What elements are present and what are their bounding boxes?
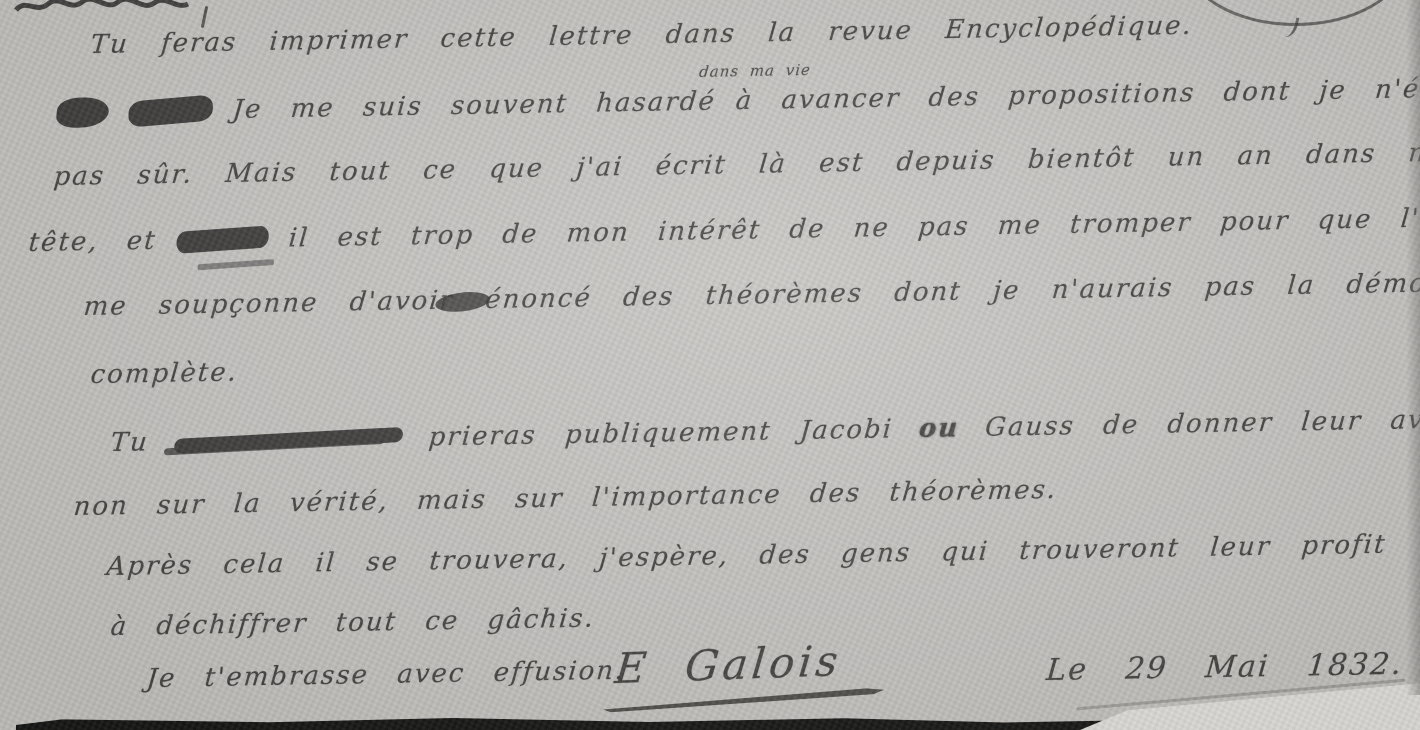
line-2-text-b: à avancer des propositions dont je n'éta… [734, 73, 1420, 116]
struck-word-icon [176, 225, 269, 253]
line-10-text: à déchiffrer tout ce gâchis. [109, 604, 596, 643]
line-4-text-a: tête, et [27, 226, 158, 258]
closing-line: Je t'embrasse avec effusion. [145, 656, 626, 694]
cut-off-word-scribble-icon [12, 0, 192, 18]
line-2-text-a: Je me suis souvent hasardé [231, 86, 717, 124]
date-text: Le 29 Mai 1832. [1045, 647, 1405, 688]
letter-page: Tu feras imprimer cette lettre dans la r… [0, 0, 1420, 730]
interline-insertion: dans ma vie [698, 61, 811, 81]
line-6-text: complète. [89, 357, 239, 390]
line-7-text-d: Gauss de donner leur avis [984, 405, 1420, 443]
closing-text: Je t'embrasse avec effusion. [145, 656, 626, 694]
line-7-text-b: prieras publiquement Jacobi [427, 414, 894, 452]
signature-text: E Galois [613, 636, 844, 693]
line-3-text: pas sûr. Mais tout ce que j'ai écrit là … [52, 138, 1420, 192]
letter-line-2: Je me suis souvent hasardé à avancer des… [55, 73, 1420, 128]
line-8-text: non sur la vérité, mais sur l'importance… [72, 475, 1058, 522]
ink-blot-icon [55, 97, 110, 128]
line-5-text: me soupçonne d'avoir énoncé des théorème… [82, 266, 1420, 322]
signature: E Galois [613, 636, 844, 693]
scan-edge-bottom [16, 717, 1166, 730]
line-7-text-a: Tu [109, 427, 150, 458]
right-edge-shade [1406, 0, 1420, 695]
line-1-text: Tu feras imprimer cette lettre dans la r… [89, 11, 1194, 60]
line-9-text: Après cela il se trouvera, j'espère, des… [105, 530, 1387, 582]
line-4-text-b: il est trop de mon intérêt de ne pas me … [287, 203, 1420, 253]
letter-line-4: tête, et il est trop de mon intérêt de n… [27, 203, 1420, 258]
letter-line-7: Tu prieras publiquement Jacobi ou Gauss … [109, 405, 1420, 458]
date-line: Le 29 Mai 1832. [1045, 647, 1405, 688]
letter-line-9: Après cela il se trouvera, j'espère, des… [105, 530, 1387, 582]
struck-word-icon [174, 426, 403, 453]
letter-line-1: Tu feras imprimer cette lettre dans la r… [89, 11, 1194, 60]
ink-blot-icon [128, 94, 213, 127]
pen-mark-icon [201, 6, 209, 28]
line-7-text-c: ou [918, 413, 961, 444]
letter-line-8: non sur la vérité, mais sur l'importance… [72, 475, 1058, 522]
letter-line-3: pas sûr. Mais tout ce que j'ai écrit là … [52, 138, 1420, 192]
letter-line-5: me soupçonne d'avoir énoncé des théorème… [82, 266, 1420, 322]
letter-line-6: complète. [89, 357, 239, 390]
letter-line-10: à déchiffrer tout ce gâchis. [109, 604, 596, 643]
